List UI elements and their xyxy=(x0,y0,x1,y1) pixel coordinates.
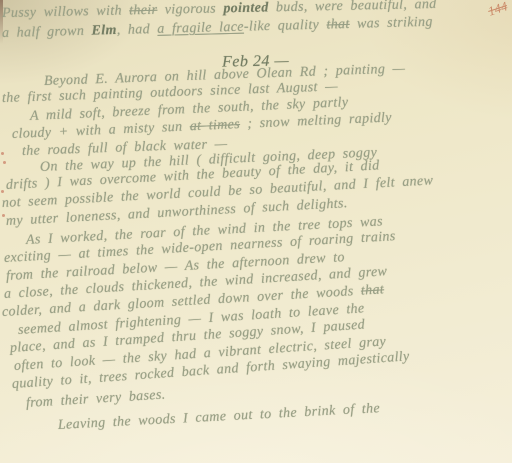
scan-speck xyxy=(2,214,5,217)
scan-speck xyxy=(1,190,4,193)
scan-speck xyxy=(1,152,4,155)
handwriting-segment: that xyxy=(326,17,350,33)
handwriting-segment: buds, were beautiful, and xyxy=(268,0,436,15)
handwriting-segment: vigorous xyxy=(157,1,223,17)
scan-speck xyxy=(3,161,6,164)
handwriting-segment: was striking xyxy=(349,15,432,32)
handwriting-segment: Elm xyxy=(91,23,117,39)
page-number: 144 xyxy=(486,0,509,20)
handwriting-segment: a half grown xyxy=(2,24,92,41)
handwriting-segment: from their very bases. xyxy=(26,387,166,411)
handwriting-segment: Pussy willows with xyxy=(2,3,130,21)
handwriting-segment: a fragile lace xyxy=(157,20,244,37)
journal-page: 144 Feb 24 — Pussy willows with their vi… xyxy=(0,0,512,463)
handwriting-segment: their xyxy=(129,3,158,19)
handwriting-segment: that xyxy=(361,282,385,298)
handwriting-segment: -like quality xyxy=(244,18,327,35)
handwriting-segment: at times xyxy=(189,117,240,134)
handwriting-segment: , had xyxy=(117,22,158,38)
handwriting-segment: pointed xyxy=(223,0,269,16)
